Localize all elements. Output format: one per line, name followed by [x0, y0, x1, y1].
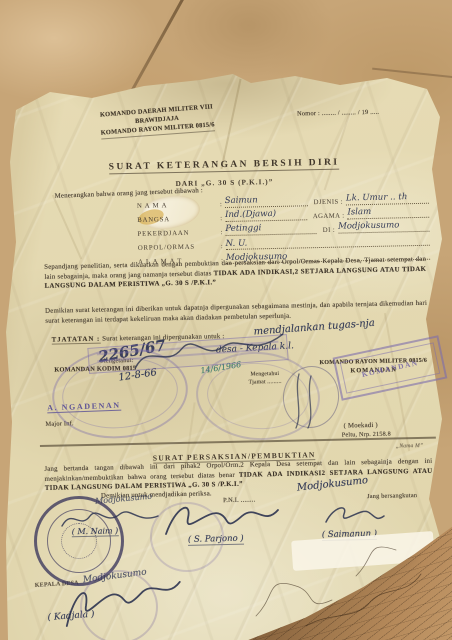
- field-value-handwritten: N. U.: [226, 235, 430, 250]
- field-value-handwritten: Petinggi: [225, 223, 317, 236]
- stray-hairs: [236, 516, 446, 636]
- field-label: PEKERDJAAN: [137, 229, 217, 238]
- moekadi-name: ( Moekadi ): [343, 421, 377, 431]
- field-value-2-handwritten: Islam: [347, 207, 429, 219]
- field-value-handwritten: Saimun: [225, 195, 308, 207]
- photo-of-document: KOMANDO DAERAH MILITER VIII BRAWIDJAJA K…: [0, 0, 452, 640]
- field-label-2: AGAMA :: [307, 212, 348, 220]
- field-label: BANGSA: [137, 215, 217, 224]
- field-value-handwritten: Ind.(Djawa): [225, 209, 307, 221]
- paragraph-1: Sepandjang penelitian, serta dikuatkan d…: [44, 255, 427, 292]
- nomor-line: Nomor : ........ / ........ / 19 .....: [297, 109, 379, 120]
- field-label-2: DJENIS :: [308, 198, 347, 206]
- jang-bersangkutan-label: Jang bersangkutan: [367, 492, 417, 502]
- field-label: ORPOL/ORMAS: [138, 243, 218, 252]
- signature-naim: [58, 504, 168, 534]
- field-value-2-handwritten: Modjokusumo: [338, 221, 430, 234]
- paragraph-3: Jang bertanda tangan dibawah ini dari pi…: [44, 457, 433, 494]
- document-title: SURAT KETERANGAN BERSIH DIRI: [109, 158, 340, 175]
- field-value-2-handwritten: Lk. Umur .. th: [346, 193, 429, 205]
- field-label-2: DI :: [317, 227, 339, 234]
- tjatatan-label: TJATATAN :: [52, 336, 101, 345]
- flourish-vertical: [290, 372, 318, 430]
- margin-note: „Nama M”: [396, 443, 423, 451]
- field-label: N A M A: [137, 201, 217, 210]
